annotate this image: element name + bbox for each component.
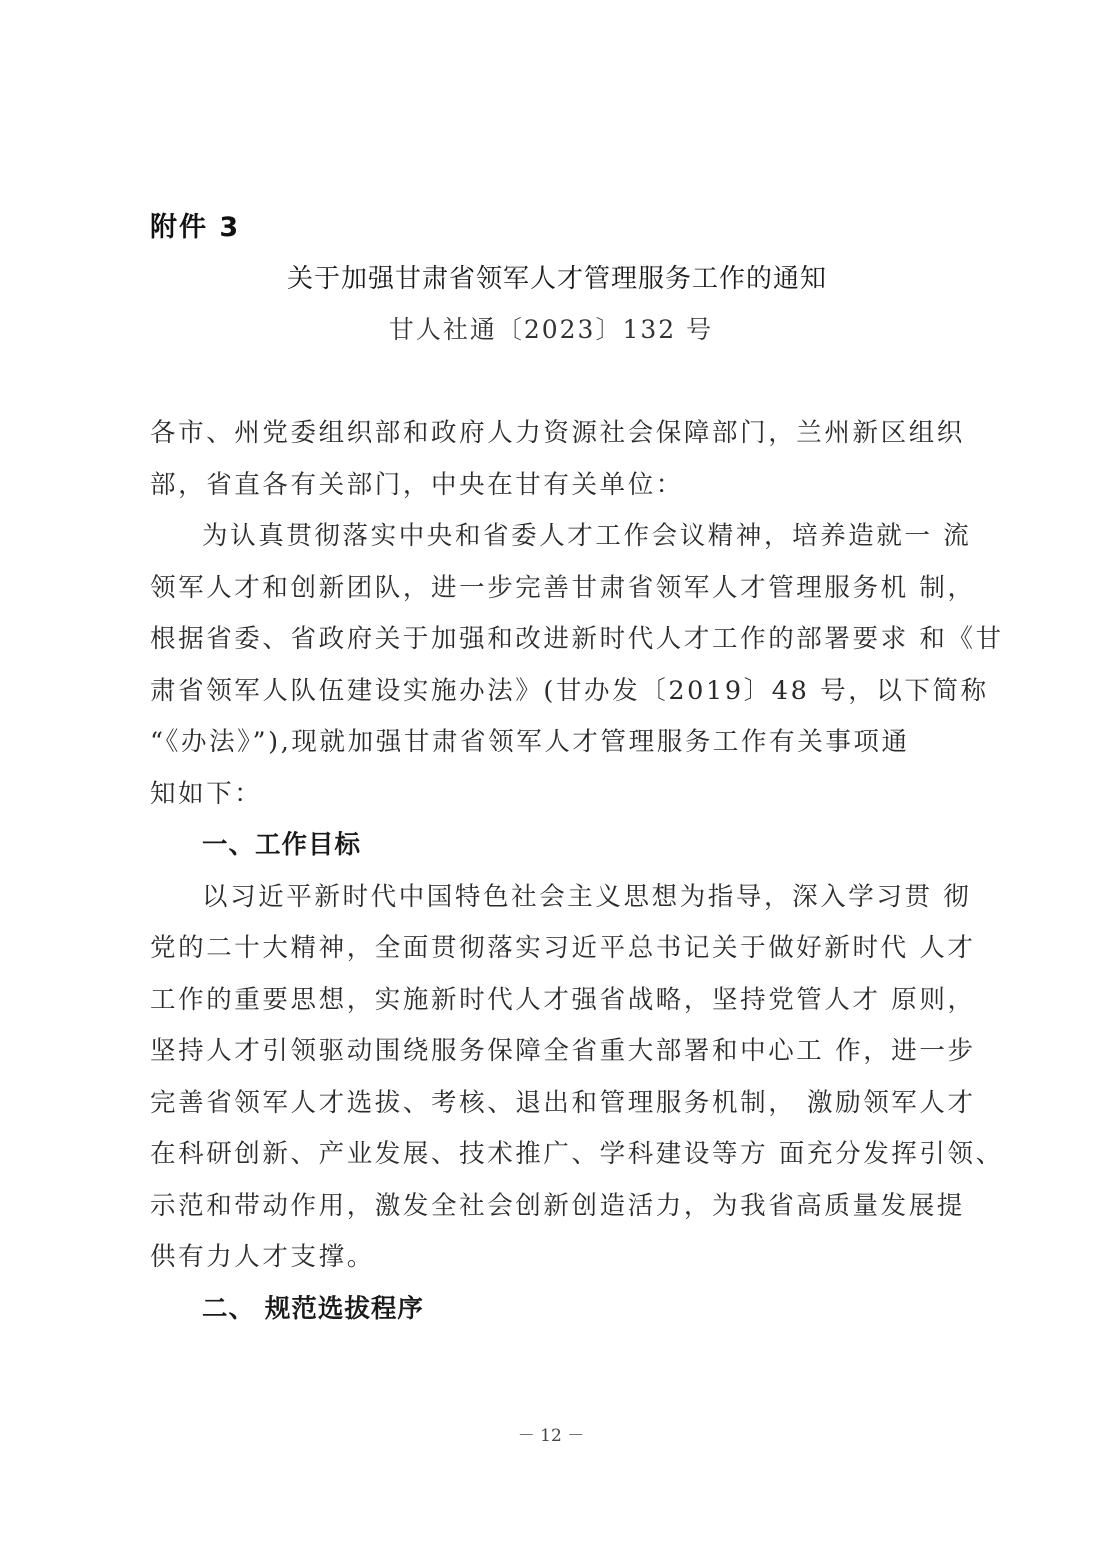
body-line: 以习近平新时代中国特色社会主义思想为指导，深入学习贯 彻 — [150, 872, 965, 924]
body-line: 供有力人才支撑。 — [150, 1232, 965, 1284]
body-line: 示范和带动作用，激发全社会创新创造活力，为我省高质量发展提 — [150, 1181, 965, 1233]
body-line: 领军人才和创新团队，进一步完善甘肃省领军人才管理服务机 制， — [150, 563, 965, 615]
body-line: 为认真贯彻落实中央和省委人才工作会议精神，培养造就一 流 — [150, 511, 965, 563]
section-heading: 一、工作目标 — [150, 820, 965, 872]
body-line: 部，省直各有关部门，中央在甘有关单位： — [150, 460, 965, 512]
body-line: “《办法》”),现就加强甘肃省领军人才管理服务工作有关事项通 — [150, 717, 965, 769]
section-heading: 二、 规范选拔程序 — [150, 1284, 965, 1336]
body-line: 党的二十大精神，全面贯彻落实习近平总书记关于做好新时代 人才 — [150, 923, 965, 975]
document-page: 附件 3 关于加强甘肃省领军人才管理服务工作的通知 甘人社通〔2023〕132 … — [0, 0, 1102, 1559]
document-title: 关于加强甘肃省领军人才管理服务工作的通知 — [0, 258, 1102, 295]
document-body: 各市、州党委组织部和政府人力资源社会保障部门，兰州新区组织部，省直各有关部门，中… — [150, 408, 965, 1335]
body-line: 知如下： — [150, 769, 965, 821]
body-line: 坚持人才引领驱动围绕服务保障全省重大部署和中心工 作，进一步 — [150, 1026, 965, 1078]
body-line: 肃省领军人队伍建设实施办法》(甘办发〔2019〕48 号，以下简称 — [150, 666, 965, 718]
body-line: 各市、州党委组织部和政府人力资源社会保障部门，兰州新区组织 — [150, 408, 965, 460]
attachment-label: 附件 3 — [150, 205, 240, 244]
document-number: 甘人社通〔2023〕132 号 — [0, 310, 1102, 346]
body-line: 根据省委、省政府关于加强和改进新时代人才工作的部署要求 和《甘 — [150, 614, 965, 666]
body-line: 工作的重要思想，实施新时代人才强省战略，坚持党管人才 原则， — [150, 975, 965, 1027]
page-number: － 12 － — [0, 1421, 1102, 1446]
body-line: 在科研创新、产业发展、技术推广、学科建设等方 面充分发挥引领、 — [150, 1129, 965, 1181]
body-line: 完善省领军人才选拔、考核、退出和管理服务机制， 激励领军人才 — [150, 1078, 965, 1130]
